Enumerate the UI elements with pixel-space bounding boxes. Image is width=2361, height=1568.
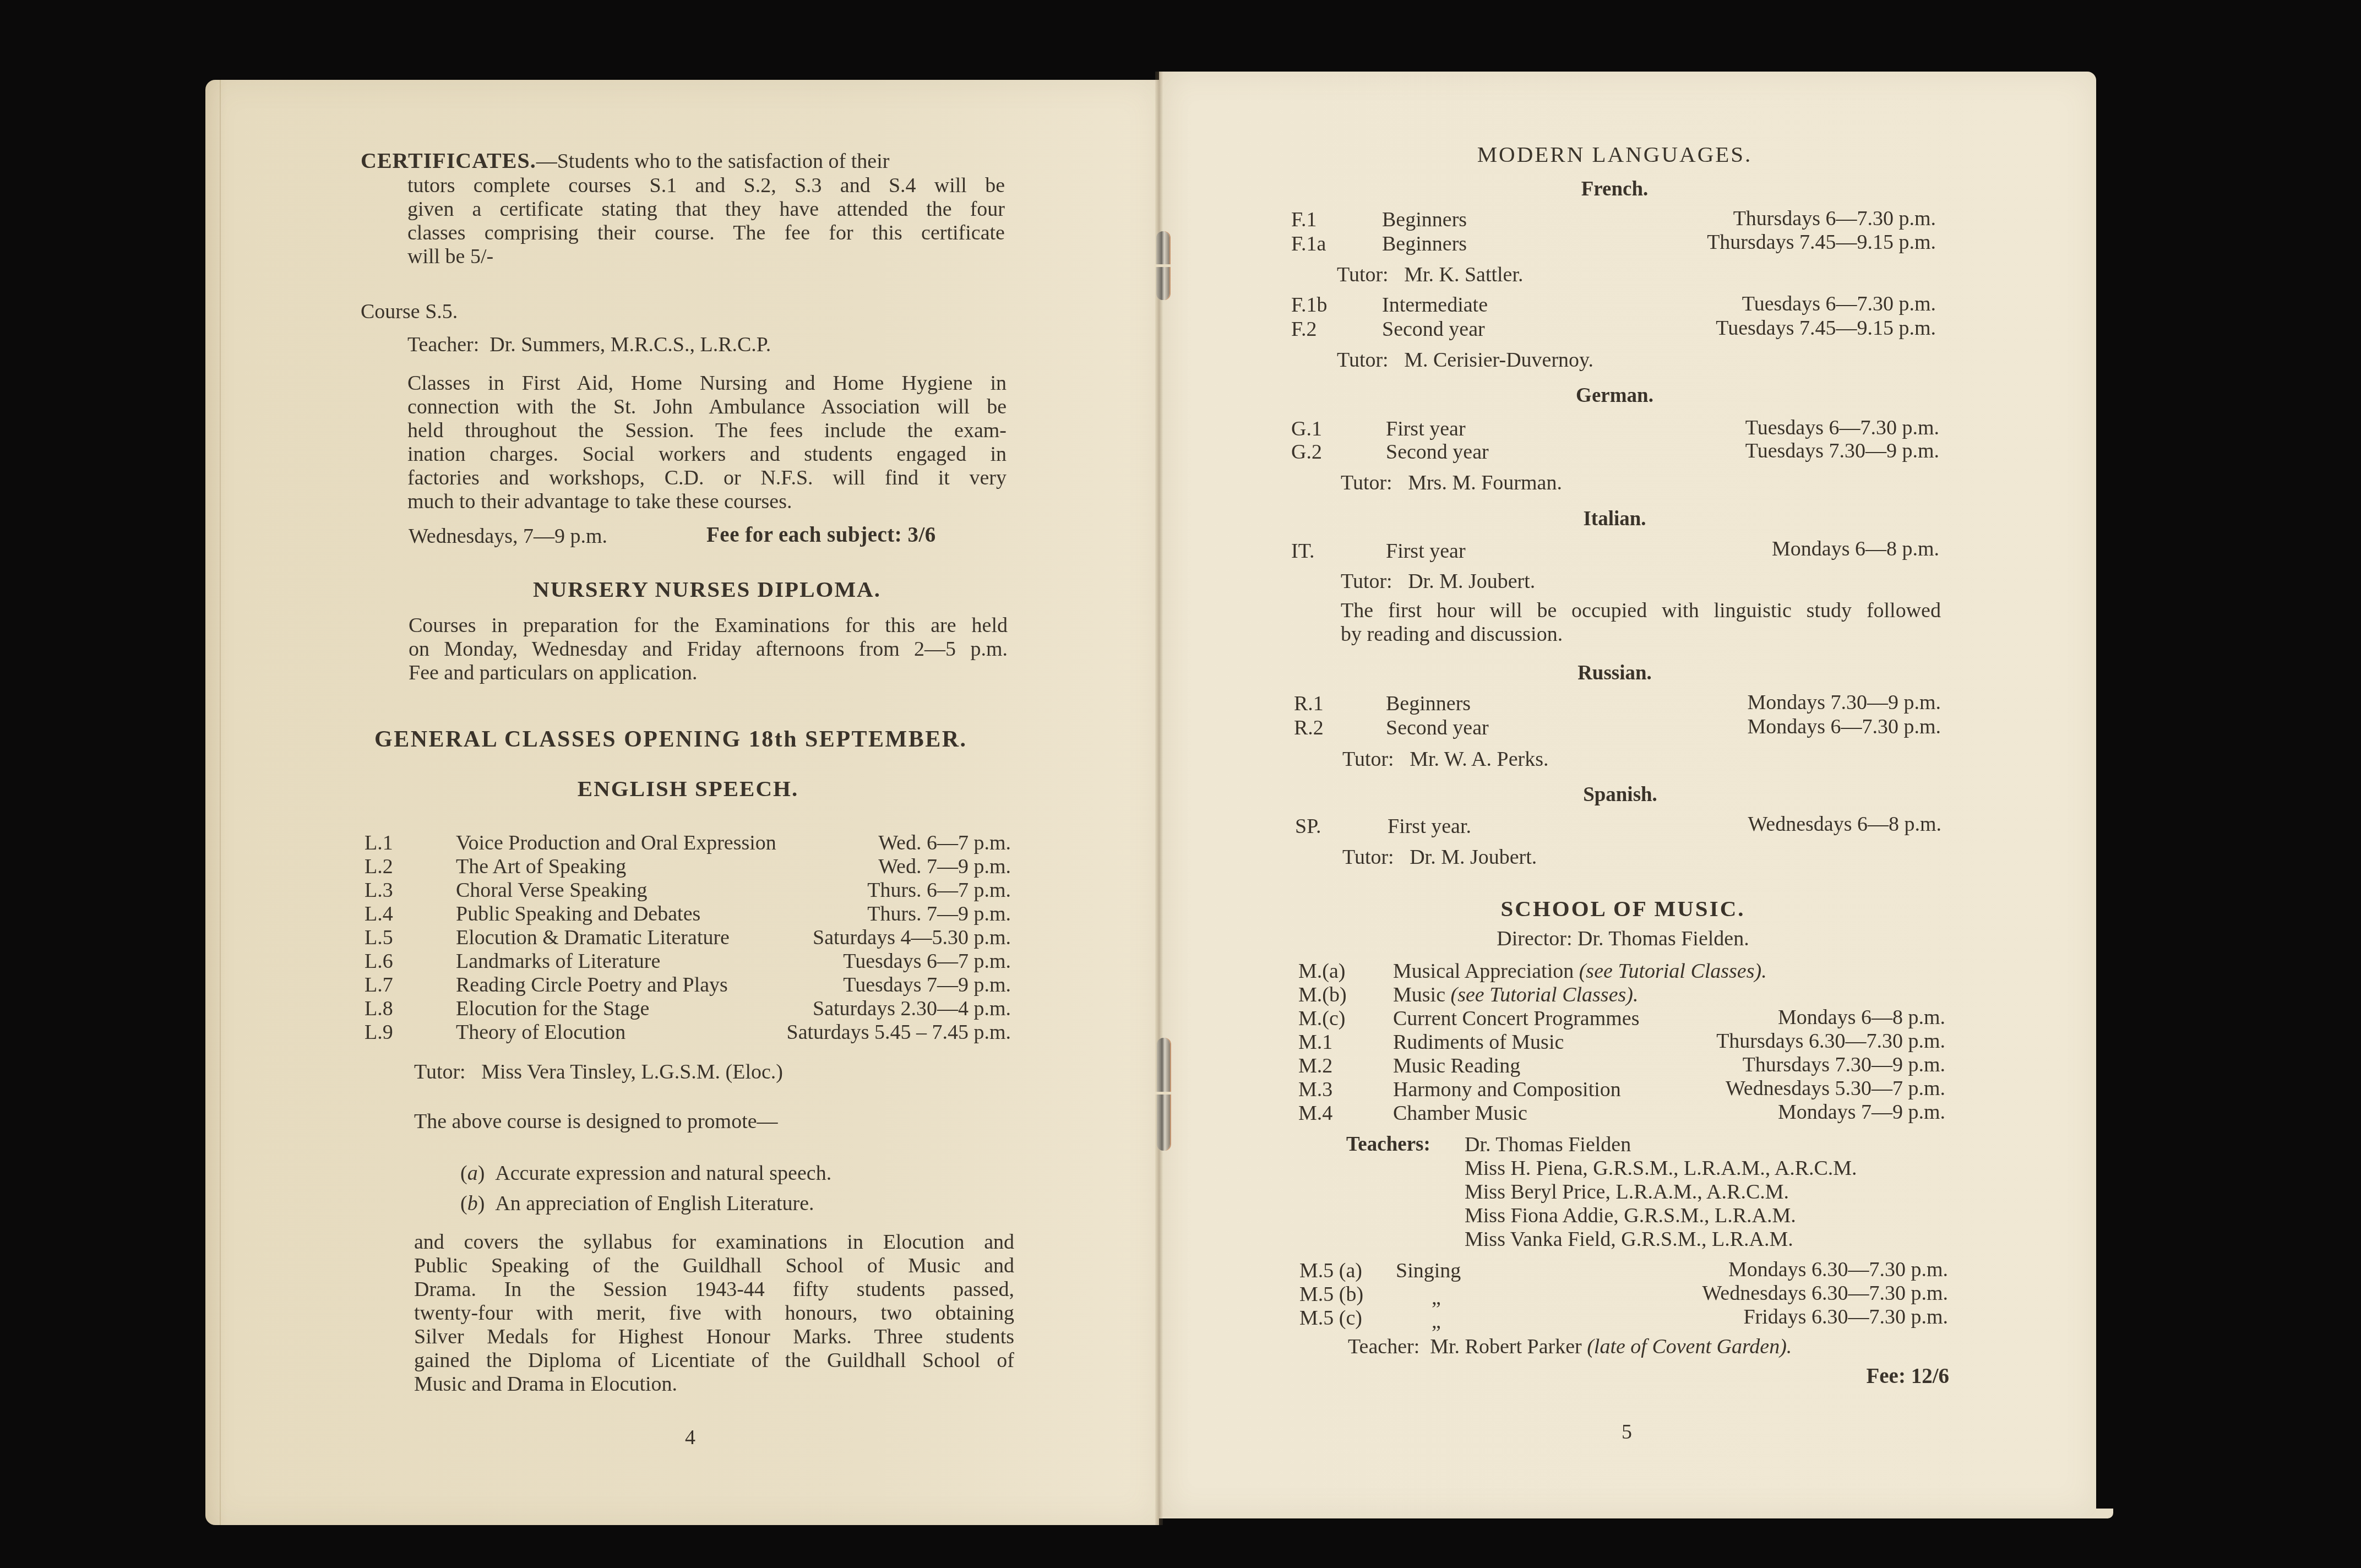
italian-heading: Italian. (1291, 509, 1938, 529)
class-code: M.(b) (1298, 984, 1347, 1005)
class-title: Beginners (1386, 693, 1471, 714)
tutor-name: Mr. W. A. Perks. (1410, 748, 1548, 771)
paragraph-line: Public Speaking of the Guildhall School … (414, 1254, 1014, 1278)
staple-icon (1156, 231, 1169, 300)
general-classes-heading: GENERAL CLASSES OPENING 18th SEPTEMBER. (374, 728, 967, 751)
class-title: Musical Appreciation (see Tutorial Class… (1393, 961, 1767, 982)
class-code: M.1 (1298, 1032, 1332, 1053)
teacher-name: Dr. Thomas Fielden (1465, 1134, 1631, 1155)
aim-marker: a (467, 1162, 478, 1185)
italian-note: The first hour will be occupied with lin… (1341, 599, 1941, 646)
course-s5-fee: Fee for each subject: 3/6 (706, 524, 936, 546)
class-title: Theory of Elocution (456, 1022, 625, 1043)
teacher-name: Miss H. Piena, G.R.S.M., L.R.A.M., A.R.C… (1465, 1158, 1857, 1179)
class-code: G.2 (1291, 442, 1322, 462)
certificates-line: tutors complete courses S.1 and S.2, S.3… (407, 174, 1005, 198)
paragraph-line: ination charges. Social workers and stud… (407, 443, 1007, 466)
tutor-label: Tutor: (1337, 263, 1389, 286)
class-time: Wed. 7—9 p.m. (878, 856, 1011, 877)
class-code: M.5 (a) (1299, 1260, 1362, 1281)
class-code: M.2 (1298, 1055, 1332, 1076)
aim-text: An appreciation of English Literature. (495, 1192, 814, 1215)
certificates-line: classes comprising their course. The fee… (407, 221, 1005, 245)
tutor-name: M. Cerisier-Duvernoy. (1404, 349, 1593, 372)
course-s5-title: Course S.5. (361, 301, 458, 322)
class-title: Public Speaking and Debates (456, 903, 700, 924)
tutor-label: Tutor: (1342, 748, 1394, 771)
class-time: Thursdays 7.30—9 p.m. (1743, 1054, 1945, 1075)
paragraph-line: on Monday, Wednesday and Friday afternoo… (409, 638, 1008, 661)
paragraph-line: twenty-four with merit, five with honour… (414, 1302, 1014, 1325)
class-time: Thursdays 6.30—7.30 p.m. (1716, 1031, 1945, 1052)
class-time: Tuesdays 6—7 p.m. (843, 951, 1011, 972)
german-tutor: Tutor: Mrs. M. Fourman. (1341, 472, 1562, 493)
class-time: Thurs. 6—7 p.m. (867, 880, 1011, 901)
paragraph-line: and covers the syllabus for examinations… (414, 1231, 1014, 1254)
course-aim: (a) Accurate expression and natural spee… (460, 1163, 831, 1184)
paragraph-line: Silver Medals for Highest Honour Marks. … (414, 1325, 1014, 1349)
class-code: L.9 (365, 1022, 393, 1043)
ditto-mark: „ (1432, 1311, 1441, 1332)
german-heading: German. (1291, 385, 1938, 406)
class-title: Elocution & Dramatic Literature (456, 927, 730, 948)
class-time: Wednesdays 5.30—7 p.m. (1726, 1078, 1945, 1099)
staple-icon (1157, 1038, 1170, 1151)
class-time: Saturdays 2.30—4 p.m. (813, 998, 1011, 1019)
class-title: Second year (1382, 319, 1485, 340)
aim-text: Accurate expression and natural speech. (495, 1162, 831, 1185)
class-code: L.5 (365, 927, 393, 948)
class-code: F.1 (1291, 209, 1317, 230)
class-code: M.(c) (1298, 1008, 1345, 1029)
class-title: Voice Production and Oral Expression (456, 832, 776, 853)
class-title: The Art of Speaking (456, 856, 626, 877)
class-time: Mondays 6—8 p.m. (1772, 538, 1939, 559)
teacher-name: Miss Vanka Field, G.R.S.M., L.R.A.M. (1465, 1229, 1793, 1250)
class-code: L.3 (365, 880, 393, 901)
course-s5-paragraph: Classes in First Aid, Home Nursing and H… (407, 372, 1007, 514)
teacher-note: (late of Covent Garden). (1587, 1335, 1792, 1358)
class-code: M.4 (1298, 1103, 1332, 1124)
french-tutor-1: Tutor: Mr. K. Sattler. (1337, 264, 1524, 285)
class-title: Second year (1386, 442, 1489, 462)
teacher-name: Mr. Robert Parker (1430, 1335, 1581, 1358)
class-time: Thurs. 7—9 p.m. (867, 903, 1011, 924)
tutor-label: Tutor: (1341, 471, 1392, 494)
french-heading: French. (1291, 179, 1938, 199)
class-time: Tuesdays 7.45—9.15 p.m. (1716, 318, 1936, 339)
class-title: Reading Circle Poetry and Plays (456, 974, 728, 995)
nursery-paragraph: Courses in preparation for the Examinati… (409, 614, 1008, 685)
class-time: Mondays 6—8 p.m. (1778, 1007, 1945, 1028)
certificates-line: given a certificate stating that they ha… (407, 198, 1005, 221)
class-code: G.1 (1291, 418, 1322, 439)
class-title: Music Reading (1393, 1055, 1520, 1076)
paragraph-line: much to their advantage to take these co… (407, 490, 1007, 514)
ditto-mark: „ (1432, 1287, 1441, 1308)
aim-marker: b (467, 1192, 478, 1215)
russian-tutor: Tutor: Mr. W. A. Perks. (1342, 749, 1548, 770)
class-title-text: Music (1393, 983, 1445, 1006)
class-code: SP. (1295, 816, 1321, 837)
certificates-heading: CERTIFICATES. (361, 148, 536, 173)
class-title: Second year (1386, 717, 1489, 738)
teacher-name: Miss Beryl Price, L.R.A.M., A.R.C.M. (1465, 1182, 1789, 1202)
class-time: Saturdays 4—5.30 p.m. (813, 927, 1011, 948)
paragraph-line: Classes in First Aid, Home Nursing and H… (407, 372, 1007, 395)
tutor-label: Tutor: (414, 1060, 466, 1084)
class-code: F.2 (1291, 319, 1317, 340)
class-title: Choral Verse Speaking (456, 880, 648, 901)
class-time: Thursdays 7.45—9.15 p.m. (1707, 232, 1936, 253)
class-time: Tuesdays 7—9 p.m. (843, 974, 1011, 995)
class-title: First year (1386, 418, 1466, 439)
class-time: Thursdays 6—7.30 p.m. (1733, 208, 1936, 229)
paragraph-line: Music and Drama in Elocution. (414, 1373, 1014, 1396)
class-title-text: Musical Appreciation (1393, 960, 1574, 983)
class-code: F.1a (1291, 233, 1326, 254)
class-code: M.5 (b) (1299, 1284, 1363, 1305)
class-time: Mondays 6—7.30 p.m. (1748, 716, 1941, 737)
class-code: M.(a) (1298, 961, 1345, 982)
tutor-name: Mr. K. Sattler. (1404, 263, 1523, 286)
nursery-heading: NURSERY NURSES DIPLOMA. (407, 578, 1007, 601)
english-speech-paragraph: and covers the syllabus for examinations… (414, 1231, 1014, 1396)
class-code: R.2 (1294, 717, 1324, 738)
tutor-name: Dr. M. Joubert. (1408, 570, 1535, 593)
class-title: Rudiments of Music (1393, 1032, 1564, 1053)
paragraph-line: factories and workshops, C.D. or N.F.S. … (407, 466, 1007, 490)
class-code: IT. (1291, 541, 1315, 562)
teacher-label: Teacher: (407, 333, 479, 356)
class-note: (see Tutorial Classes). (1451, 983, 1639, 1006)
class-time: Mondays 7—9 p.m. (1778, 1102, 1945, 1123)
course-aim: (b) An appreciation of English Literatur… (460, 1193, 814, 1214)
paragraph-line: Drama. In the Session 1943-44 fifty stud… (414, 1278, 1014, 1302)
class-time: Wed. 6—7 p.m. (878, 832, 1011, 853)
class-time: Mondays 7.30—9 p.m. (1748, 692, 1941, 713)
teachers-label: Teachers: (1346, 1134, 1430, 1155)
music-director: Director: Dr. Thomas Fielden. (1299, 928, 1946, 949)
certificates-first-line: CERTIFICATES.—Students who to the satisf… (361, 150, 1010, 172)
certificates-line: —Students who to the satisfaction of the… (536, 150, 890, 173)
paragraph-line: Fee and particulars on application. (409, 661, 1008, 685)
class-title: Intermediate (1382, 295, 1488, 315)
class-time: Mondays 6.30—7.30 p.m. (1728, 1259, 1948, 1280)
italian-tutor: Tutor: Dr. M. Joubert. (1341, 571, 1535, 592)
page-number-left: 4 (685, 1427, 695, 1448)
page-number-right: 5 (1622, 1422, 1632, 1442)
paragraph-line: by reading and discussion. (1341, 623, 1941, 646)
class-time: Tuesdays 6—7.30 p.m. (1745, 417, 1939, 438)
tutor-label: Tutor: (1341, 570, 1392, 593)
class-title: Singing (1396, 1260, 1461, 1281)
class-code: L.1 (365, 832, 393, 853)
class-code: L.2 (365, 856, 393, 877)
class-code: M.3 (1298, 1079, 1332, 1100)
paragraph-line: held throughout the Session. The fees in… (407, 419, 1007, 443)
tutor-name: Dr. M. Joubert. (1410, 846, 1537, 869)
russian-heading: Russian. (1291, 663, 1938, 683)
modern-languages-heading: MODERN LANGUAGES. (1291, 143, 1938, 166)
class-title: First year. (1388, 816, 1471, 837)
class-title: Elocution for the Stage (456, 998, 649, 1019)
class-time: Wednesdays 6—8 p.m. (1748, 814, 1941, 835)
tutor-label: Tutor: (1337, 349, 1389, 372)
class-code: L.4 (365, 903, 393, 924)
paragraph-line: gained the Diploma of Licentiate of the … (414, 1349, 1014, 1373)
certificates-paragraph: tutors complete courses S.1 and S.2, S.3… (407, 174, 1005, 269)
tutor-name: Mrs. M. Fourman. (1408, 471, 1562, 494)
class-note: (see Tutorial Classes). (1579, 960, 1767, 983)
course-s5-schedule: Wednesdays, 7—9 p.m. (409, 526, 607, 547)
class-code: M.5 (c) (1299, 1308, 1362, 1329)
class-title: Beginners (1382, 209, 1467, 230)
paragraph-line: Courses in preparation for the Examinati… (409, 614, 1008, 638)
class-time: Saturdays 5.45 – 7.45 p.m. (787, 1022, 1011, 1043)
french-tutor-2: Tutor: M. Cerisier-Duvernoy. (1337, 350, 1593, 371)
class-title: First year (1386, 541, 1466, 562)
teacher-name: Dr. Summers, M.R.C.S., L.R.C.P. (489, 333, 771, 356)
class-title: Harmony and Composition (1393, 1079, 1621, 1100)
class-time: Fridays 6.30—7.30 p.m. (1743, 1306, 1948, 1327)
certificates-line: will be 5/- (407, 245, 1005, 269)
class-code: L.6 (365, 951, 393, 972)
class-title: Landmarks of Literature (456, 951, 660, 972)
tutor-label: Tutor: (1342, 846, 1394, 869)
english-speech-heading: ENGLISH SPEECH. (365, 777, 1011, 800)
course-intro: The above course is designed to promote— (414, 1111, 778, 1132)
class-time: Wednesdays 6.30—7.30 p.m. (1702, 1283, 1948, 1304)
singing-teacher: Teacher: Mr. Robert Parker (late of Cove… (1348, 1336, 1792, 1357)
class-title: Chamber Music (1393, 1103, 1527, 1124)
class-time: Tuesdays 7.30—9 p.m. (1745, 440, 1939, 461)
tutor-name: Miss Vera Tinsley, L.G.S.M. (Eloc.) (481, 1060, 783, 1084)
class-title: Beginners (1382, 233, 1467, 254)
teacher-label: Teacher: (1348, 1335, 1419, 1358)
teacher-name: Miss Fiona Addie, G.R.S.M., L.R.A.M. (1465, 1205, 1796, 1226)
spanish-tutor: Tutor: Dr. M. Joubert. (1342, 847, 1537, 868)
course-s5-teacher: Teacher: Dr. Summers, M.R.C.S., L.R.C.P. (407, 334, 771, 355)
english-speech-tutor: Tutor: Miss Vera Tinsley, L.G.S.M. (Eloc… (414, 1061, 783, 1082)
paragraph-line: The first hour will be occupied with lin… (1341, 599, 1941, 623)
class-title: Music (see Tutorial Classes). (1393, 984, 1638, 1005)
spanish-heading: Spanish. (1297, 785, 1944, 805)
school-of-music-heading: SCHOOL OF MUSIC. (1299, 897, 1946, 920)
class-code: L.8 (365, 998, 393, 1019)
paragraph-line: connection with the St. John Ambulance A… (407, 395, 1007, 419)
class-code: R.1 (1294, 693, 1324, 714)
class-code: L.7 (365, 974, 393, 995)
class-code: F.1b (1291, 295, 1328, 315)
class-title: Current Concert Programmes (1393, 1008, 1639, 1029)
class-time: Tuesdays 6—7.30 p.m. (1742, 293, 1936, 314)
music-fee: Fee: 12/6 (1866, 1365, 1949, 1387)
